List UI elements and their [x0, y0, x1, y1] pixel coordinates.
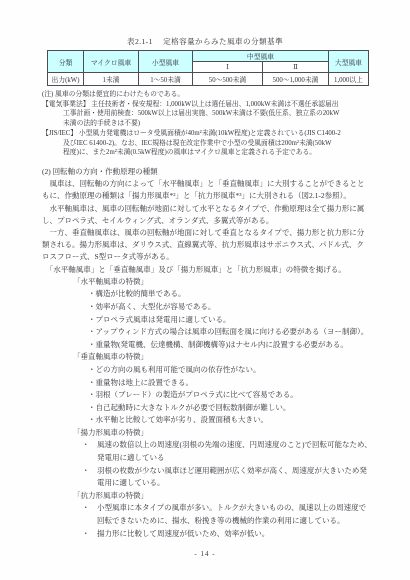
note-line: 未満の法的手続きは不要): [42, 119, 410, 129]
body-line: ・水平軸と比較して効率が劣り、設置面積も大きい。: [42, 414, 410, 427]
body-line: 一方、垂直軸風車は、風車の回転軸が地面に対して垂直となるタイプで、揚力形と抗力形…: [42, 227, 410, 239]
header-medium-1: Ⅰ: [193, 62, 263, 73]
body-line: ・構造が比較的簡単である。: [42, 288, 410, 301]
body-line: 「抗力形風車の特徴」: [42, 490, 410, 503]
body-line: ・効率が高く、大型化が容易である。: [42, 301, 410, 314]
body-line: 「垂直軸風車の特徴」: [42, 351, 410, 364]
body-line: 「揚力形風車の特徴」: [42, 427, 410, 440]
header-large: 大型風車: [329, 51, 369, 73]
body-line: ・プロペラ式風車は発電用に適している。: [42, 314, 410, 327]
body-line: ・ 小型風車に本タイプの風車が多い。トルクが大きいものの、風速以上の周速度で: [42, 502, 410, 515]
body-line: ・重量物は地上に設置できる。: [42, 377, 410, 390]
body-line: ・羽根（ブレード）の製造がプロペラ式に比べて容易である。: [42, 389, 410, 402]
note-line: (注) 風車の分類は便宜的にわけたものである。: [42, 90, 410, 100]
body-line: ・重量物(発電機、伝達機構、制御機構等)はナセル内に設置する必要がある。: [42, 339, 410, 352]
note-line: 程度)に、また2m²未満(0.5kW程度)の風車はマイクロ風車と定義される予定で…: [42, 148, 410, 158]
body-line: 回転できないために、揚水、粉挽き等の機械的作業の利用に適している。: [42, 515, 410, 528]
body-line: (2) 回転軸の方向・作動原理の種類: [42, 166, 410, 178]
body-line: 風車は、回転軸の方向によって「水平軸風車」と「垂直軸風車」に大別することができる…: [42, 178, 410, 190]
body-text-block: (2) 回転軸の方向・作動原理の種類 風車は、回転軸の方向によって「水平軸風車」…: [42, 166, 410, 540]
note-line: 【JIS/IEC】 小型風力発電機はロータ受風面積が40m²未満(10kW程度)…: [42, 129, 410, 139]
cell-micro: 1未満: [84, 73, 139, 86]
page-number: - 14 -: [0, 550, 410, 558]
body-line: 「水平軸風車」と「垂直軸風車」及び「揚力形風車」と「抗力形風車」の特徴を掲げる。: [42, 264, 410, 276]
document-page: 表2.1-1 定格容量からみた風車の分類基準 分類 マイクロ風車 小型風車 中型…: [0, 0, 410, 580]
note-line: 工事計画・使用前検査：500kW以上は届出実施、500kW未満は不要(低圧系、独…: [42, 109, 410, 119]
header-micro: マイクロ風車: [84, 51, 139, 73]
body-line: 水平軸風車は、風車の回転軸が地面に対して水平となるタイプで、作動原理は全て揚力形…: [42, 203, 410, 215]
classification-table: 分類 マイクロ風車 小型風車 中型風車 大型風車 Ⅰ Ⅱ 出力(kW) 1未満 …: [47, 50, 369, 86]
note-line: 及びIEC 61400-2)。なお、IEC規格は現在改定作業中で小型の受風面積は…: [42, 139, 410, 149]
notes-block: (注) 風車の分類は便宜的にわけたものである。【電気事業法】 主任技術者・保安規…: [42, 90, 410, 158]
body-line: ・どの方向の風も利用可能で風向の依存性がない。: [42, 364, 410, 377]
table-title: 表2.1-1 定格容量からみた風車の分類基準: [0, 0, 410, 47]
header-medium-2: Ⅱ: [263, 62, 329, 73]
body-line: ・ 揚力形に比較して周速度が低いため、効率が低い。: [42, 528, 410, 541]
body-line: 類される。揚力形風車は、ダリウス式、直線翼式等、抗力形風車はサボニウス式、パドル…: [42, 239, 410, 251]
body-line: ・ 風速の数倍以上の周速度(羽根の先端の速度、円周速度のこと)で回転可能なため、: [42, 439, 410, 452]
body-line: ロスフロー式、S型ロータ式等がある。: [42, 251, 410, 263]
row-label-output: 出力(kW): [48, 73, 84, 86]
header-medium: 中型風車: [193, 51, 329, 62]
body-line: し、プロペラ式、セイルウィング式、オランダ式、多翼式等がある。: [42, 215, 410, 227]
body-line: もに、作動原理の種類は「揚力形風車*²」と「抗力形風車*³」に大別される（図2.…: [42, 190, 410, 202]
header-small: 小型風車: [139, 51, 193, 73]
cell-medium-2: 500～1,000未満: [263, 73, 329, 86]
cell-medium-1: 50～500未満: [193, 73, 263, 86]
body-line: 電用に適している。: [42, 477, 410, 490]
body-line: ・自己起動時に大きなトルクが必要で回転数制御が難しい。: [42, 402, 410, 415]
cell-large: 1,000以上: [329, 73, 369, 86]
body-line: 発電用に適している: [42, 452, 410, 465]
header-category: 分類: [48, 51, 84, 73]
body-line: 「水平軸風車の特徴」: [42, 276, 410, 289]
note-line: 【電気事業法】 主任技術者・保安規程：1,000kW以上は選任届出、1,000k…: [42, 100, 410, 110]
cell-small: 1～50未満: [139, 73, 193, 86]
body-line: ・アップウィンド方式の場合は風車の回転面を風に向ける必要がある（ヨー制御）。: [42, 326, 410, 339]
body-line: ・ 羽根の枚数が少ない風車ほど運用範囲が広く効率が高く、周速度が大きいため発: [42, 465, 410, 478]
